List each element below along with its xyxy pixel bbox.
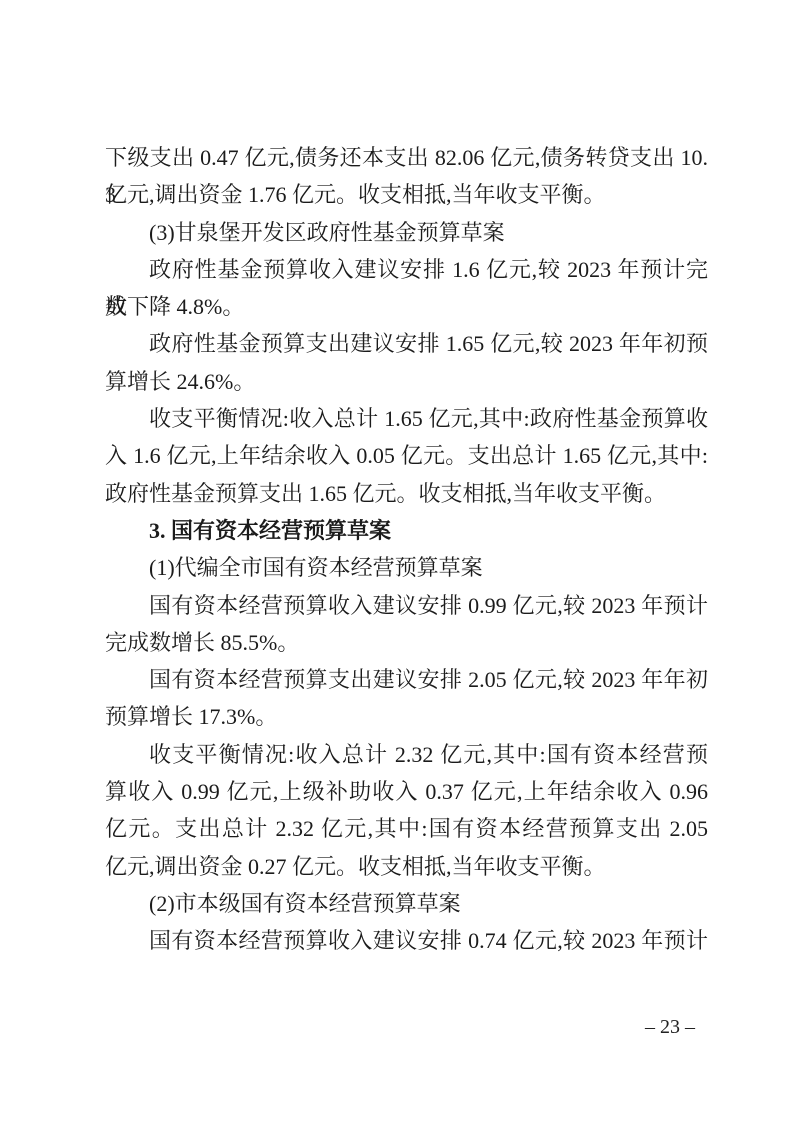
paragraph: 收支平衡情况:收入总计 1.65 亿元,其中:政府性基金预算收 入 1.6 亿元…: [105, 400, 708, 512]
text-line: 入 1.6 亿元,上年结余收入 0.05 亿元。支出总计 1.65 亿元,其中:: [105, 437, 708, 474]
paragraph: 下级支出 0.47 亿元,债务还本支出 82.06 亿元,债务转贷支出 10.3…: [105, 139, 708, 214]
text-line: 收支平衡情况:收入总计 2.32 亿元,其中:国有资本经营预: [105, 736, 708, 773]
text-line: 国有资本经营预算收入建议安排 0.74 亿元,较 2023 年预计: [105, 922, 708, 959]
paragraph: 3. 国有资本经营预算草案: [105, 512, 708, 549]
text-line: 政府性基金预算支出建议安排 1.65 亿元,较 2023 年年初预: [105, 325, 708, 362]
text-line: 政府性基金预算收入建议安排 1.6 亿元,较 2023 年预计完成: [105, 251, 708, 288]
body-text: 下级支出 0.47 亿元,债务还本支出 82.06 亿元,债务转贷支出 10.3…: [105, 139, 708, 960]
text-line: 算收入 0.99 亿元,上级补助收入 0.37 亿元,上年结余收入 0.96: [105, 773, 708, 810]
paragraph: (2)市本级国有资本经营预算草案: [105, 885, 708, 922]
text-line: 完成数增长 85.5%。: [105, 624, 708, 661]
text-line: 算增长 24.6%。: [105, 363, 708, 400]
paragraph: 政府性基金预算收入建议安排 1.6 亿元,较 2023 年预计完成 数下降 4.…: [105, 251, 708, 326]
text-line: 收支平衡情况:收入总计 1.65 亿元,其中:政府性基金预算收: [105, 400, 708, 437]
subsection-heading: (3)甘泉堡开发区政府性基金预算草案: [105, 214, 708, 251]
text-line: 政府性基金预算支出 1.65 亿元。收支相抵,当年收支平衡。: [105, 475, 708, 512]
paragraph: 政府性基金预算支出建议安排 1.65 亿元,较 2023 年年初预 算增长 24…: [105, 325, 708, 400]
text-line: 国有资本经营预算支出建议安排 2.05 亿元,较 2023 年年初: [105, 661, 708, 698]
section-heading: 3. 国有资本经营预算草案: [105, 512, 708, 549]
paragraph: (3)甘泉堡开发区政府性基金预算草案: [105, 214, 708, 251]
paragraph: 国有资本经营预算收入建议安排 0.99 亿元,较 2023 年预计 完成数增长 …: [105, 587, 708, 662]
paragraph: 收支平衡情况:收入总计 2.32 亿元,其中:国有资本经营预 算收入 0.99 …: [105, 736, 708, 885]
text-line: 亿元,调出资金 0.27 亿元。收支相抵,当年收支平衡。: [105, 848, 708, 885]
subsection-heading: (1)代编全市国有资本经营预算草案: [105, 549, 708, 586]
paragraph: 国有资本经营预算支出建议安排 2.05 亿元,较 2023 年年初 预算增长 1…: [105, 661, 708, 736]
text-line: 亿元,调出资金 1.76 亿元。收支相抵,当年收支平衡。: [105, 176, 708, 213]
text-line: 数下降 4.8%。: [105, 288, 708, 325]
paragraph: (1)代编全市国有资本经营预算草案: [105, 549, 708, 586]
text-line: 预算增长 17.3%。: [105, 698, 708, 735]
page-number: – 23 –: [620, 1013, 720, 1041]
text-line: 国有资本经营预算收入建议安排 0.99 亿元,较 2023 年预计: [105, 587, 708, 624]
text-line: 下级支出 0.47 亿元,债务还本支出 82.06 亿元,债务转贷支出 10.3: [105, 139, 708, 176]
document-page: 下级支出 0.47 亿元,债务还本支出 82.06 亿元,债务转贷支出 10.3…: [0, 0, 793, 1122]
subsection-heading: (2)市本级国有资本经营预算草案: [105, 885, 708, 922]
text-line: 亿元。支出总计 2.32 亿元,其中:国有资本经营预算支出 2.05: [105, 810, 708, 847]
paragraph: 国有资本经营预算收入建议安排 0.74 亿元,较 2023 年预计: [105, 922, 708, 959]
